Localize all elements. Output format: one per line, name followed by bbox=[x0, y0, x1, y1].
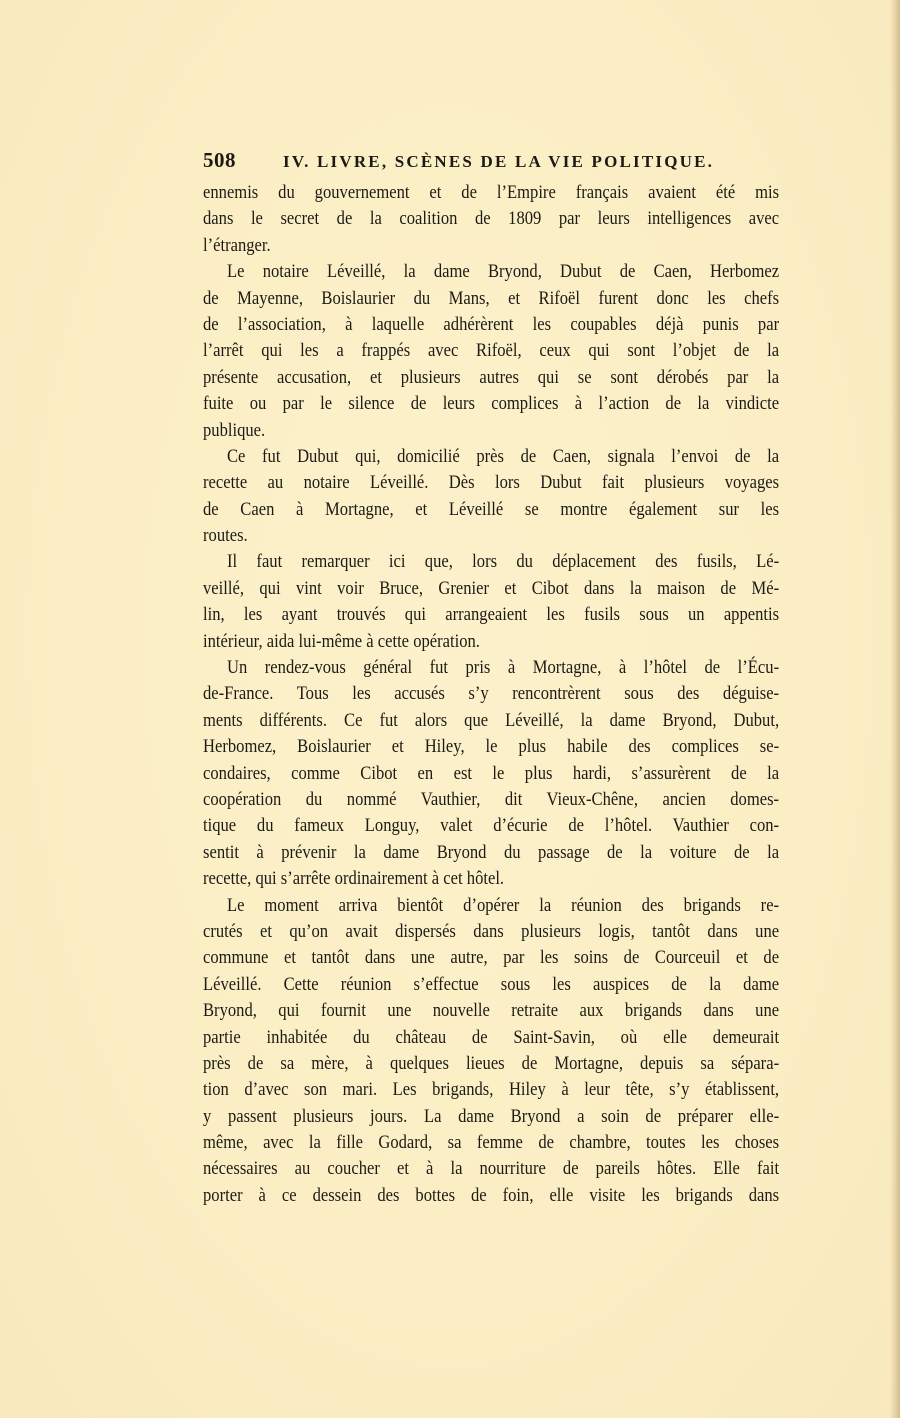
text-line: y passent plusieurs jours. La dame Bryon… bbox=[203, 1104, 779, 1130]
text-line: l’arrêt qui les a frappés avec Rifoël, c… bbox=[203, 338, 779, 364]
text-line: près de sa mère, à quelques lieues de Mo… bbox=[203, 1051, 779, 1077]
text-line: recette, qui s’arrête ordinairement à ce… bbox=[203, 866, 779, 892]
book-page: 508 IV. LIVRE, SCÈNES DE LA VIE POLITIQU… bbox=[0, 0, 900, 1418]
text-line: Ce fut Dubut qui, domicilié près de Caen… bbox=[203, 444, 779, 470]
text-line: de Caen à Mortagne, et Léveillé se montr… bbox=[203, 497, 779, 523]
body-text: ennemis du gouvernement et de l’Empire f… bbox=[203, 180, 779, 1209]
running-title: IV. LIVRE, SCÈNES DE LA VIE POLITIQUE. bbox=[283, 152, 714, 172]
paragraph: Ce fut Dubut qui, domicilié près de Caen… bbox=[203, 444, 779, 550]
paragraph: ennemis du gouvernement et de l’Empire f… bbox=[203, 180, 779, 259]
paragraph: Le moment arriva bientôt d’opérer la réu… bbox=[203, 893, 779, 1210]
text-line: Un rendez-vous général fut pris à Mortag… bbox=[203, 655, 779, 681]
text-line: Herbomez, Boislaurier et Hiley, le plus … bbox=[203, 734, 779, 760]
text-line: publique. bbox=[203, 418, 779, 444]
text-line: veillé, qui vint voir Bruce, Grenier et … bbox=[203, 576, 779, 602]
paragraph: Le notaire Léveillé, la dame Bryond, Dub… bbox=[203, 259, 779, 444]
text-line: tique du fameux Longuy, valet d’écurie d… bbox=[203, 813, 779, 839]
running-head: 508 IV. LIVRE, SCÈNES DE LA VIE POLITIQU… bbox=[203, 148, 779, 180]
text-line: lin, les ayant trouvés qui arrangeaient … bbox=[203, 602, 779, 628]
text-line: de Mayenne, Boislaurier du Mans, et Rifo… bbox=[203, 286, 779, 312]
text-line: commune et tantôt dans une autre, par le… bbox=[203, 945, 779, 971]
text-line: recette au notaire Léveillé. Dès lors Du… bbox=[203, 470, 779, 496]
text-line: partie inhabitée du château de Saint-Sav… bbox=[203, 1025, 779, 1051]
text-line: sentit à prévenir la dame Bryond du pass… bbox=[203, 840, 779, 866]
text-line: même, avec la fille Godard, sa femme de … bbox=[203, 1130, 779, 1156]
text-line: ennemis du gouvernement et de l’Empire f… bbox=[203, 180, 779, 206]
text-line: condaires, comme Cibot en est le plus ha… bbox=[203, 761, 779, 787]
text-line: Le notaire Léveillé, la dame Bryond, Dub… bbox=[203, 259, 779, 285]
text-line: Le moment arriva bientôt d’opérer la réu… bbox=[203, 893, 779, 919]
text-line: dans le secret de la coalition de 1809 p… bbox=[203, 206, 779, 232]
text-line: fuite ou par le silence de leurs complic… bbox=[203, 391, 779, 417]
text-line: Léveillé. Cette réunion s’effectue sous … bbox=[203, 972, 779, 998]
paragraph: Un rendez-vous général fut pris à Mortag… bbox=[203, 655, 779, 893]
text-line: routes. bbox=[203, 523, 779, 549]
text-line: présente accusation, et plusieurs autres… bbox=[203, 365, 779, 391]
text-line: porter à ce dessein des bottes de foin, … bbox=[203, 1183, 779, 1209]
text-line: de-France. Tous les accusés s’y rencontr… bbox=[203, 681, 779, 707]
text-column: 508 IV. LIVRE, SCÈNES DE LA VIE POLITIQU… bbox=[203, 148, 779, 1209]
text-line: l’étranger. bbox=[203, 233, 779, 259]
text-line: Il faut remarquer ici que, lors du dépla… bbox=[203, 549, 779, 575]
text-line: nécessaires au coucher et à la nourritur… bbox=[203, 1156, 779, 1182]
text-line: ments différents. Ce fut alors que Lévei… bbox=[203, 708, 779, 734]
page-number: 508 bbox=[203, 148, 283, 173]
text-line: intérieur, aida lui-même à cette opérati… bbox=[203, 629, 779, 655]
text-line: Bryond, qui fournit une nouvelle retrait… bbox=[203, 998, 779, 1024]
text-line: crutés et qu’on avait dispersés dans plu… bbox=[203, 919, 779, 945]
text-line: coopération du nommé Vauthier, dit Vieux… bbox=[203, 787, 779, 813]
paragraph: Il faut remarquer ici que, lors du dépla… bbox=[203, 549, 779, 655]
text-line: de l’association, à laquelle adhérèrent … bbox=[203, 312, 779, 338]
text-line: tion d’avec son mari. Les brigands, Hile… bbox=[203, 1077, 779, 1103]
